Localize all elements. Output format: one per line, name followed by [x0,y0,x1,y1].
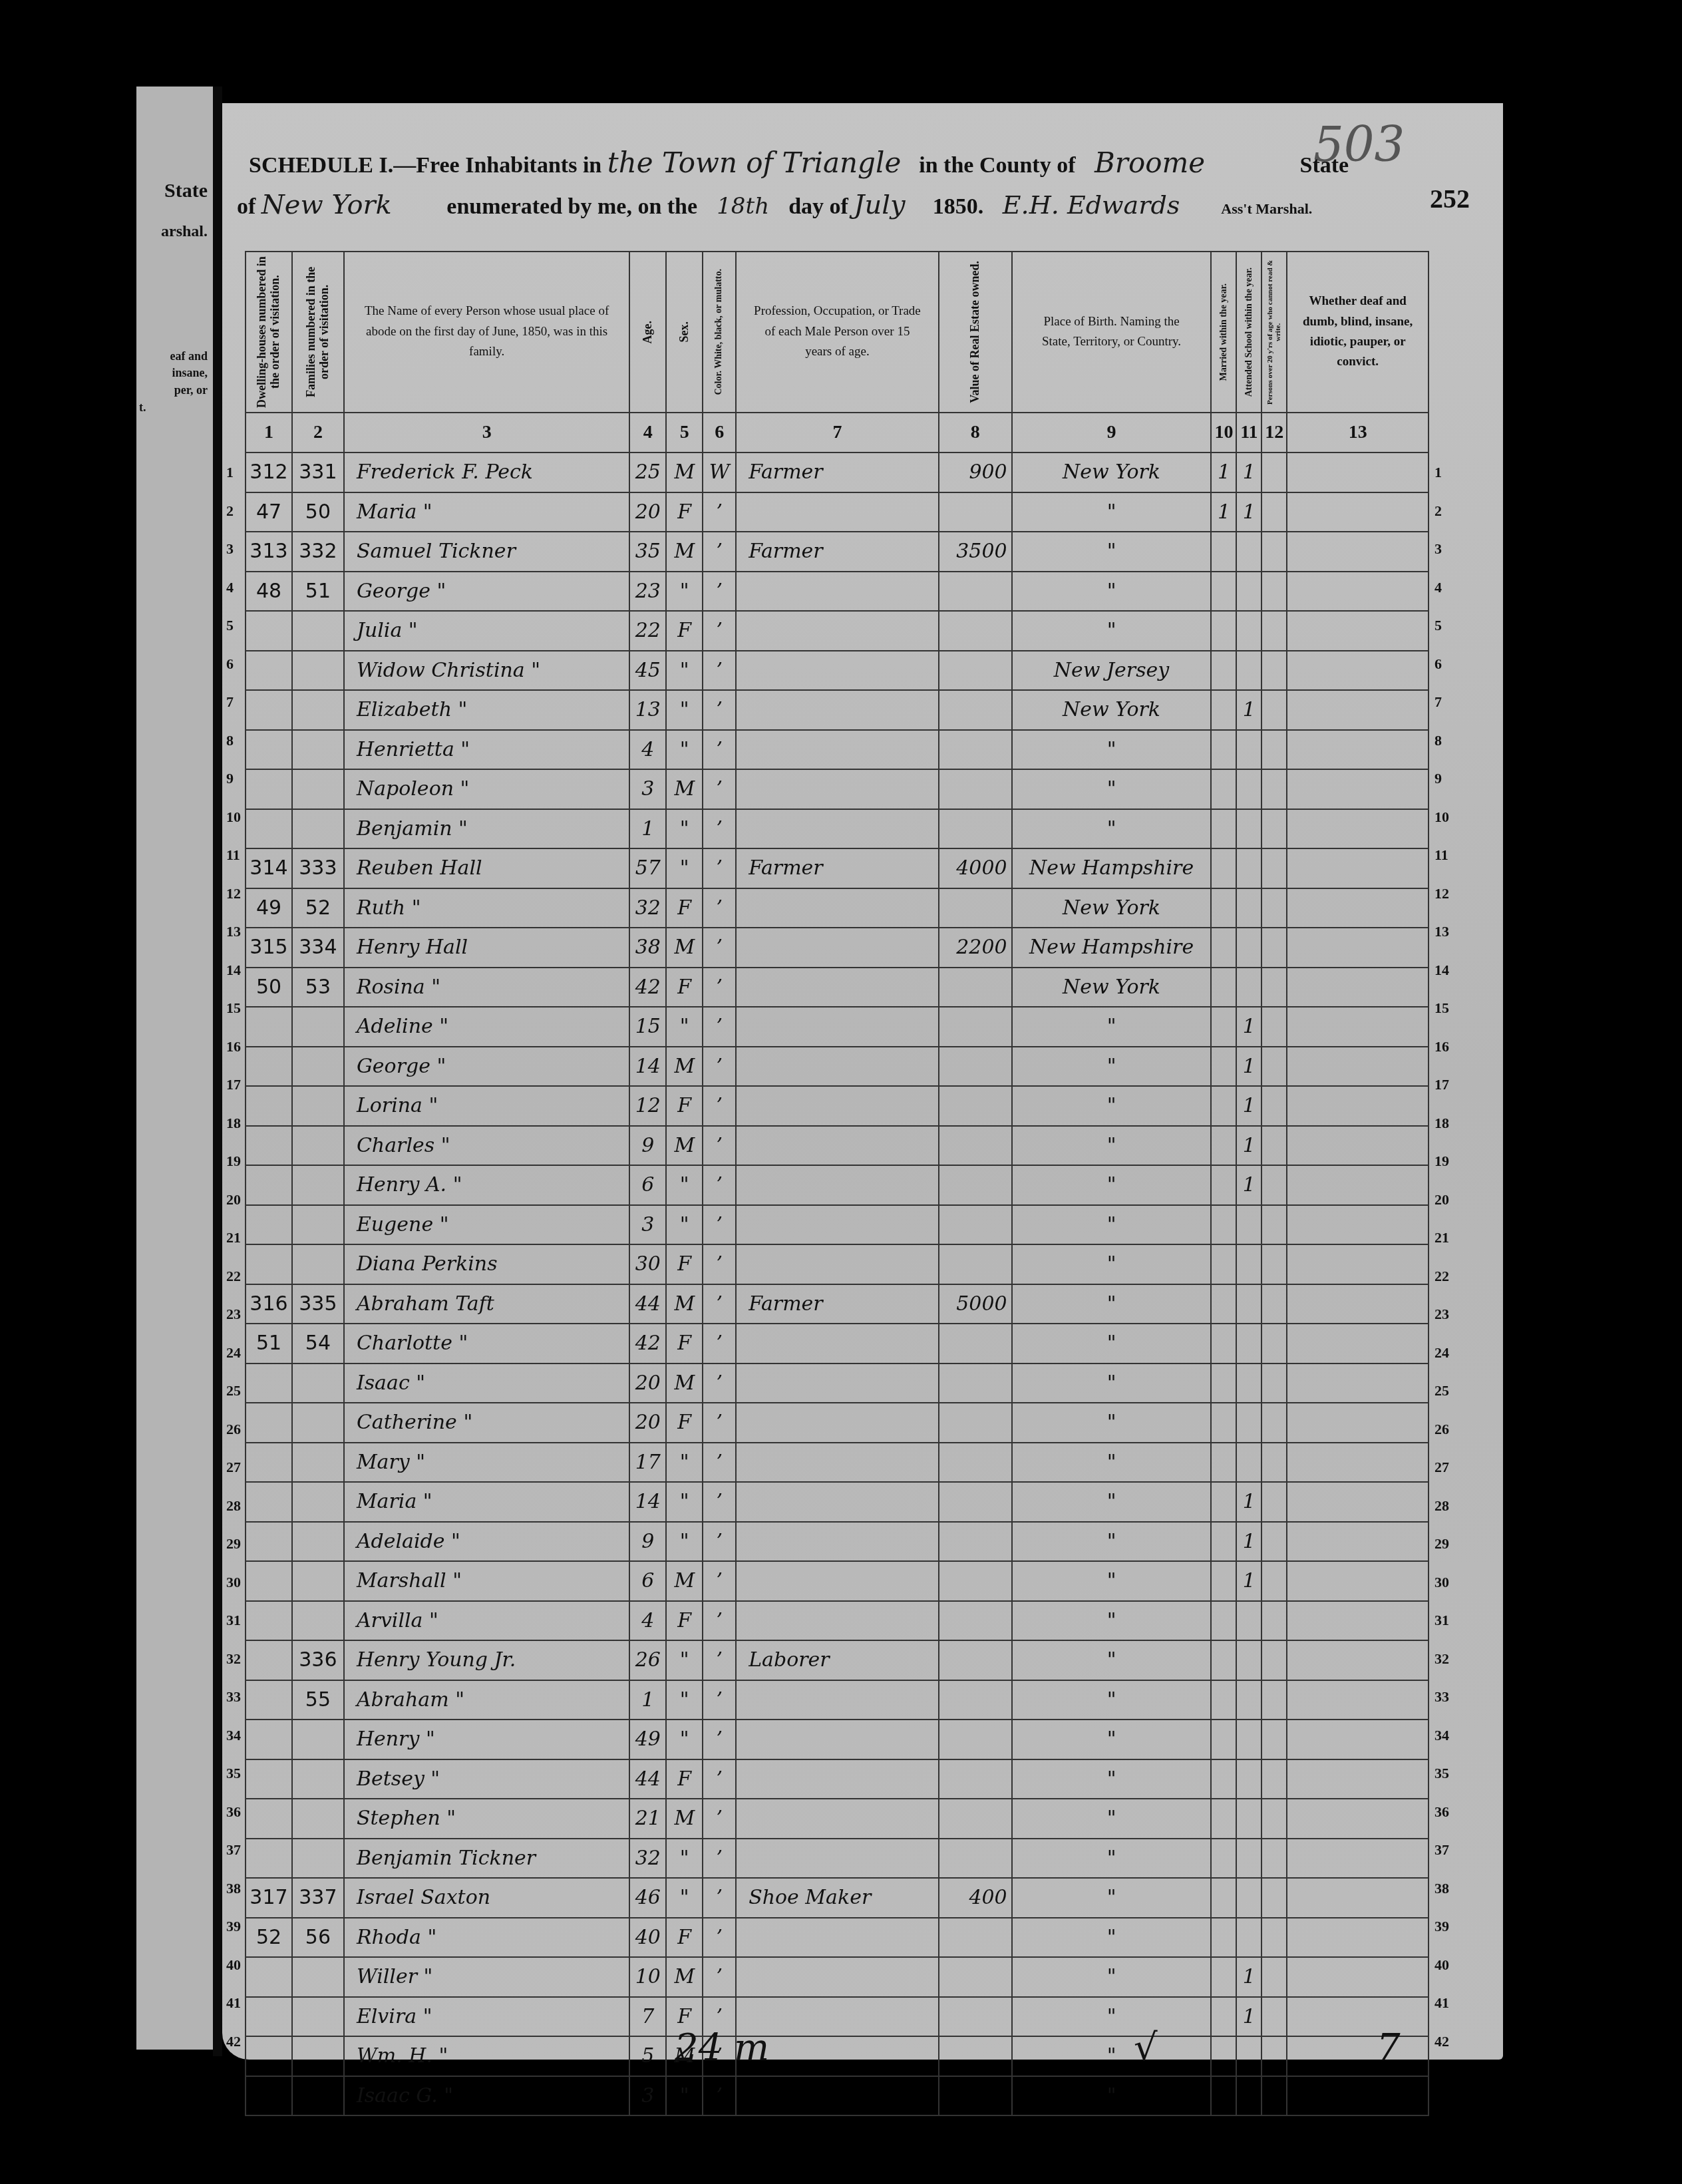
line-number: 26 [1434,1421,1449,1438]
condition [1287,1997,1429,2037]
married-within-year [1211,968,1236,1007]
table-row: Stephen "21M’" [246,1799,1429,1839]
column-header-13: Whether deaf and dumb, blind, insane, id… [1287,252,1429,413]
schedule-title-line-2: of New York enumerated by me, on the 18t… [237,190,1312,220]
attended-school: 1 [1236,1957,1261,1997]
dwelling-number [246,1957,292,1997]
prev-page-fragment: eaf and [170,349,208,363]
family-number: 56 [292,1918,344,1958]
birthplace: " [1012,769,1212,809]
real-estate-value [939,1918,1012,1958]
birthplace: New York [1012,888,1212,928]
dwelling-number [246,690,292,730]
line-number: 25 [226,1382,241,1399]
person-name: Marshall " [344,1561,630,1601]
birthplace: " [1012,730,1212,770]
family-number: 52 [292,888,344,928]
line-number: 7 [226,693,234,711]
cannot-read-write [1261,1205,1287,1245]
condition [1287,453,1429,492]
condition [1287,1364,1429,1403]
cannot-read-write [1261,572,1287,612]
sex: F [666,492,703,532]
color: ’ [703,730,736,770]
color: ’ [703,1918,736,1958]
sex: " [666,1680,703,1720]
column-header-12: Persons over 20 y'rs of age who cannot r… [1261,252,1287,413]
table-row: 4750Maria "20F’"11 [246,492,1429,532]
birthplace: " [1012,1047,1212,1087]
age: 32 [629,1839,666,1879]
line-number: 22 [226,1268,241,1285]
attended-school: 1 [1236,492,1261,532]
line-number: 16 [1434,1038,1449,1055]
cannot-read-write [1261,1997,1287,2037]
person-name: Abraham " [344,1680,630,1720]
schedule-title-line-1: SCHEDULE I.—Free Inhabitants in the Town… [249,146,1349,179]
sex: M [666,453,703,492]
table-row: 5154Charlotte "42F’" [246,1324,1429,1364]
condition [1287,2076,1429,2116]
person-name: George " [344,572,630,612]
line-number: 27 [1434,1459,1449,1476]
dwelling-number [246,769,292,809]
condition [1287,809,1429,849]
family-number [292,1839,344,1879]
family-number: 334 [292,928,344,968]
age: 5 [629,2036,666,2076]
birthplace: " [1012,1403,1212,1443]
column-header-9: Place of Birth. Naming the State, Territ… [1012,252,1212,413]
attended-school [1236,1443,1261,1483]
birthplace: " [1012,1324,1212,1364]
line-number: 33 [226,1688,241,1706]
cannot-read-write [1261,492,1287,532]
married-within-year [1211,1126,1236,1166]
person-name: Eugene " [344,1205,630,1245]
age: 6 [629,1165,666,1205]
condition [1287,730,1429,770]
family-number [292,1957,344,1997]
person-name: Charles " [344,1126,630,1166]
column-number: 8 [939,413,1012,453]
cannot-read-write [1261,968,1287,1007]
color: ’ [703,1561,736,1601]
occupation [736,1324,939,1364]
line-number: 34 [226,1727,241,1744]
dwelling-number [246,1482,292,1522]
condition [1287,1561,1429,1601]
color: ’ [703,1839,736,1879]
married-within-year [1211,1284,1236,1324]
dwelling-number [246,1839,292,1879]
color: ’ [703,1165,736,1205]
occupation [736,1720,939,1759]
attended-school [1236,809,1261,849]
family-number [292,1205,344,1245]
sex: F [666,968,703,1007]
attended-school: 1 [1236,1165,1261,1205]
cannot-read-write [1261,690,1287,730]
birthplace: " [1012,1759,1212,1799]
color: ’ [703,1284,736,1324]
column-number: 3 [344,413,630,453]
attended-school: 1 [1236,1561,1261,1601]
column-number: 7 [736,413,939,453]
table-row: 314333Reuben Hall57"’Farmer4000New Hamps… [246,848,1429,888]
sex: " [666,1720,703,1759]
condition [1287,1086,1429,1126]
county-name: Broome [1081,146,1294,179]
sex: " [666,1443,703,1483]
real-estate-value [939,492,1012,532]
cannot-read-write [1261,1759,1287,1799]
table-row: 312331Frederick F. Peck25MWFarmer900New … [246,453,1429,492]
real-estate-value [939,968,1012,1007]
attended-school: 1 [1236,1086,1261,1126]
person-name: Rhoda " [344,1918,630,1958]
condition [1287,1918,1429,1958]
dwelling-number [246,1759,292,1799]
birthplace: " [1012,1957,1212,1997]
condition [1287,1957,1429,1997]
family-number: 335 [292,1284,344,1324]
column-header-6: Color. White, black, or mulatto. [703,252,736,413]
line-number: 27 [226,1459,241,1476]
dwelling-number [246,730,292,770]
line-number: 11 [1434,846,1448,864]
column-header-1: Dwelling-houses numbered in the order of… [246,252,292,413]
dwelling-number [246,1086,292,1126]
color: ’ [703,1640,736,1680]
cannot-read-write [1261,1680,1287,1720]
dwelling-number: 48 [246,572,292,612]
age: 49 [629,1720,666,1759]
column-number: 12 [1261,413,1287,453]
line-number: 10 [1434,809,1449,826]
line-number: 3 [1434,540,1442,558]
table-row: Charles "9M’"1 [246,1126,1429,1166]
real-estate-value [939,1086,1012,1126]
dwelling-number [246,1244,292,1284]
birthplace: " [1012,1839,1212,1879]
person-name: Charlotte " [344,1324,630,1364]
family-number [292,1799,344,1839]
birthplace: " [1012,1720,1212,1759]
family-number: 54 [292,1324,344,1364]
enumeration-day: 18th [703,193,783,220]
sex: " [666,690,703,730]
color: ’ [703,1324,736,1364]
person-name: Henry Hall [344,928,630,968]
age: 13 [629,690,666,730]
condition [1287,1878,1429,1918]
birthplace: " [1012,1680,1212,1720]
attended-school [1236,1720,1261,1759]
family-number: 51 [292,572,344,612]
prev-page-fragment: t. [139,401,146,415]
attended-school [1236,1364,1261,1403]
attended-school [1236,1680,1261,1720]
married-within-year [1211,1720,1236,1759]
attended-school [1236,2036,1261,2076]
color: ’ [703,492,736,532]
table-row: Henry "49"’" [246,1720,1429,1759]
cannot-read-write [1261,1878,1287,1918]
occupation [736,1007,939,1047]
sex: F [666,1244,703,1284]
occupation [736,611,939,651]
table-row: Eugene "3"’" [246,1205,1429,1245]
occupation [736,1957,939,1997]
family-number: 55 [292,1680,344,1720]
table-row: Benjamin "1"’" [246,809,1429,849]
married-within-year [1211,1640,1236,1680]
cannot-read-write [1261,2076,1287,2116]
occupation: Farmer [736,1284,939,1324]
column-number: 1 [246,413,292,453]
table-row: Isaac "20M’" [246,1364,1429,1403]
condition [1287,611,1429,651]
condition [1287,1680,1429,1720]
real-estate-value [939,1957,1012,1997]
person-name: Napoleon " [344,769,630,809]
real-estate-value [939,809,1012,849]
line-number: 36 [226,1803,241,1821]
line-number: 1 [226,464,234,481]
family-number: 332 [292,532,344,572]
table-row: Adelaide "9"’"1 [246,1522,1429,1562]
line-number: 1 [1434,464,1442,481]
attended-school [1236,968,1261,1007]
sex: F [666,1918,703,1958]
sex: F [666,611,703,651]
line-number: 6 [226,655,234,673]
birthplace: " [1012,2076,1212,2116]
sex: F [666,1324,703,1364]
table-row: Napoleon "3M’" [246,769,1429,809]
person-name: Betsey " [344,1759,630,1799]
color: ’ [703,1878,736,1918]
line-number: 13 [1434,923,1449,940]
occupation [736,1086,939,1126]
age: 1 [629,1680,666,1720]
occupation [736,651,939,691]
color: ’ [703,1482,736,1522]
color: ’ [703,690,736,730]
cannot-read-write [1261,1086,1287,1126]
occupation [736,1759,939,1799]
married-within-year [1211,1205,1236,1245]
age: 23 [629,572,666,612]
year: 1850. [933,194,984,219]
line-number: 35 [1434,1765,1449,1782]
occupation [736,968,939,1007]
age: 38 [629,928,666,968]
married-within-year [1211,1244,1236,1284]
age: 3 [629,2076,666,2116]
line-number: 35 [226,1765,241,1782]
color: ’ [703,1957,736,1997]
dwelling-number: 313 [246,532,292,572]
birthplace: " [1012,1997,1212,2037]
person-name: Catherine " [344,1403,630,1443]
real-estate-value [939,1244,1012,1284]
line-number: 23 [1434,1306,1449,1323]
line-number: 16 [226,1038,241,1055]
color: ’ [703,1680,736,1720]
real-estate-value [939,1047,1012,1087]
sex: " [666,848,703,888]
occupation [736,1364,939,1403]
married-within-year [1211,651,1236,691]
condition [1287,532,1429,572]
dwelling-number [246,1522,292,1562]
line-number: 11 [226,846,240,864]
color: ’ [703,1759,736,1799]
person-name: George " [344,1047,630,1087]
dwelling-number [246,1126,292,1166]
family-number [292,1561,344,1601]
married-within-year [1211,572,1236,612]
age: 21 [629,1799,666,1839]
line-number: 8 [1434,732,1442,749]
color: ’ [703,1047,736,1087]
cannot-read-write [1261,453,1287,492]
family-number: 336 [292,1640,344,1680]
condition [1287,1759,1429,1799]
cannot-read-write [1261,1324,1287,1364]
sex: F [666,1086,703,1126]
column-header-8: Value of Real Estate owned. [939,252,1012,413]
family-number [292,1601,344,1641]
condition [1287,651,1429,691]
table-row: 4851George "23"’" [246,572,1429,612]
person-name: Reuben Hall [344,848,630,888]
birthplace: " [1012,1007,1212,1047]
attended-school [1236,2076,1261,2116]
married-within-year [1211,532,1236,572]
birthplace: New York [1012,968,1212,1007]
dwelling-number [246,1165,292,1205]
condition [1287,848,1429,888]
age: 20 [629,1364,666,1403]
column-number: 4 [629,413,666,453]
sex: " [666,2076,703,2116]
sex: F [666,1759,703,1799]
cannot-read-write [1261,1126,1287,1166]
condition [1287,1522,1429,1562]
birthplace: " [1012,1640,1212,1680]
birthplace: " [1012,1086,1212,1126]
age: 14 [629,1047,666,1087]
occupation [736,928,939,968]
line-number: 28 [1434,1497,1449,1515]
age: 42 [629,968,666,1007]
dwelling-number: 49 [246,888,292,928]
color: ’ [703,928,736,968]
attended-school: 1 [1236,453,1261,492]
sex: " [666,651,703,691]
birthplace: New Hampshire [1012,848,1212,888]
column-number: 6 [703,413,736,453]
occupation [736,1680,939,1720]
family-number [292,1047,344,1087]
real-estate-value [939,769,1012,809]
line-number: 5 [226,617,234,634]
occupation [736,1561,939,1601]
attended-school [1236,1918,1261,1958]
county-label: in the County of [919,153,1075,178]
person-name: Julia " [344,611,630,651]
line-number: 41 [1434,1994,1449,2012]
dwelling-number [246,1799,292,1839]
occupation [736,809,939,849]
cannot-read-write [1261,1799,1287,1839]
family-number [292,769,344,809]
occupation [736,492,939,532]
condition [1287,888,1429,928]
attended-school [1236,1284,1261,1324]
age: 45 [629,651,666,691]
dwelling-number: 51 [246,1324,292,1364]
line-number: 24 [226,1344,241,1362]
color: ’ [703,888,736,928]
cannot-read-write [1261,1165,1287,1205]
census-page: 503 252 SCHEDULE I.—Free Inhabitants in … [222,103,1503,2060]
married-within-year [1211,1561,1236,1601]
color: ’ [703,651,736,691]
table-row: Henry A. "6"’"1 [246,1165,1429,1205]
cannot-read-write [1261,1839,1287,1879]
dwelling-number [246,1601,292,1641]
person-name: Henrietta " [344,730,630,770]
line-number: 12 [1434,885,1449,902]
line-number: 20 [1434,1191,1449,1208]
column-number: 10 [1211,413,1236,453]
line-number: 36 [1434,1803,1449,1821]
color: ’ [703,1126,736,1166]
line-number: 5 [1434,617,1442,634]
age: 9 [629,1126,666,1166]
color: ’ [703,1244,736,1284]
birthplace: New Hampshire [1012,928,1212,968]
person-name: Diana Perkins [344,1244,630,1284]
table-row: Lorina "12F’"1 [246,1086,1429,1126]
color: ’ [703,1364,736,1403]
married-within-year [1211,1601,1236,1641]
real-estate-value [939,1482,1012,1522]
prev-page-fragment: arshal. [161,223,208,241]
married-within-year [1211,1957,1236,1997]
birthplace: " [1012,1244,1212,1284]
column-header-3: The Name of every Person whose usual pla… [344,252,630,413]
age: 17 [629,1443,666,1483]
sex: " [666,1205,703,1245]
birthplace: " [1012,2036,1212,2076]
age: 7 [629,1997,666,2037]
real-estate-value [939,2036,1012,2076]
cannot-read-write [1261,1403,1287,1443]
age: 4 [629,1601,666,1641]
condition [1287,572,1429,612]
condition [1287,1126,1429,1166]
occupation [736,2076,939,2116]
family-number: 50 [292,492,344,532]
birthplace: " [1012,1165,1212,1205]
condition [1287,1324,1429,1364]
family-number [292,1482,344,1522]
